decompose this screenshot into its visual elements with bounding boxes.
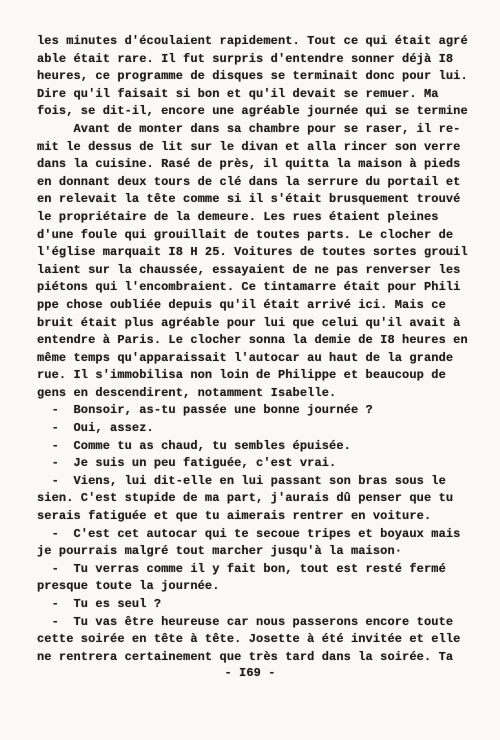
text-line: je pourrais malgré tout marcher jusqu'à … [37, 543, 468, 561]
text-line: - Viens, lui dit-elle en lui passant son… [37, 473, 468, 491]
text-line: les minutes d'écoulaient rapidement. Tou… [37, 33, 468, 51]
text-line: en donnant deux tours de clé dans la ser… [37, 174, 468, 192]
text-line: - Comme tu as chaud, tu sembles épuisée. [37, 438, 468, 456]
text-line: laient sur la chaussée, essayaient de ne… [37, 262, 468, 280]
text-line: gens en descendirent, notamment Isabelle… [37, 385, 468, 403]
text-line: même temps qu'apparaissait l'autocar au … [37, 350, 468, 368]
text-line: Dire qu'il faisait si bon et qu'il devai… [37, 86, 468, 104]
body-text: les minutes d'écoulaient rapidement. Tou… [37, 33, 468, 666]
text-line: bruit était plus agréable pour lui que c… [37, 315, 468, 333]
text-line: sien. C'est stupide de ma part, j'aurais… [37, 490, 468, 508]
text-line: ne rentrera certainement que très tard d… [37, 649, 468, 667]
text-line: fois, se dit-il, encore une agréable jou… [37, 103, 468, 121]
text-line: presque toute la journée. [37, 578, 468, 596]
text-line: en relevait la tête comme si il s'était … [37, 191, 468, 209]
text-line: - Tu es seul ? [37, 596, 468, 614]
text-line: rue. Il s'immobilisa non loin de Philipp… [37, 367, 468, 385]
text-line: able était rare. Il fut surpris d'entend… [37, 51, 468, 69]
text-line: d'une foule qui grouillait de toutes par… [37, 227, 468, 245]
text-line: ppe chose oubliée depuis qu'il était arr… [37, 297, 468, 315]
text-line: le propriétaire de la demeure. Les rues … [37, 209, 468, 227]
text-line: - C'est cet autocar qui te secoue tripes… [37, 526, 468, 544]
page-number: - I69 - [0, 666, 500, 680]
text-line: cette soirée en tête à tête. Josette à é… [37, 631, 468, 649]
text-line: entendre à Paris. Le clocher sonna la de… [37, 332, 468, 350]
scanned-typewritten-page: les minutes d'écoulaient rapidement. Tou… [0, 0, 500, 740]
text-line: - Tu verras comme il y fait bon, tout es… [37, 561, 468, 579]
text-line: l'église marquait I8 H 25. Voitures de t… [37, 244, 468, 262]
text-line: Avant de monter dans sa chambre pour se … [37, 121, 468, 139]
text-line: heures, ce programme de disques se termi… [37, 68, 468, 86]
text-line: serais fatiguée et que tu aimerais rentr… [37, 508, 468, 526]
text-line: - Bonsoir, as-tu passée une bonne journé… [37, 402, 468, 420]
text-line: - Tu vas être heureuse car nous passeron… [37, 614, 468, 632]
text-line: piétons qui l'encombraient. Ce tintamarr… [37, 279, 468, 297]
text-line: - Oui, assez. [37, 420, 468, 438]
text-line: - Je suis un peu fatiguée, c'est vrai. [37, 455, 468, 473]
text-line: mit le dessus de lit sur le divan et all… [37, 139, 468, 157]
text-line: dans la cuisine. Rasé de près, il quitta… [37, 156, 468, 174]
